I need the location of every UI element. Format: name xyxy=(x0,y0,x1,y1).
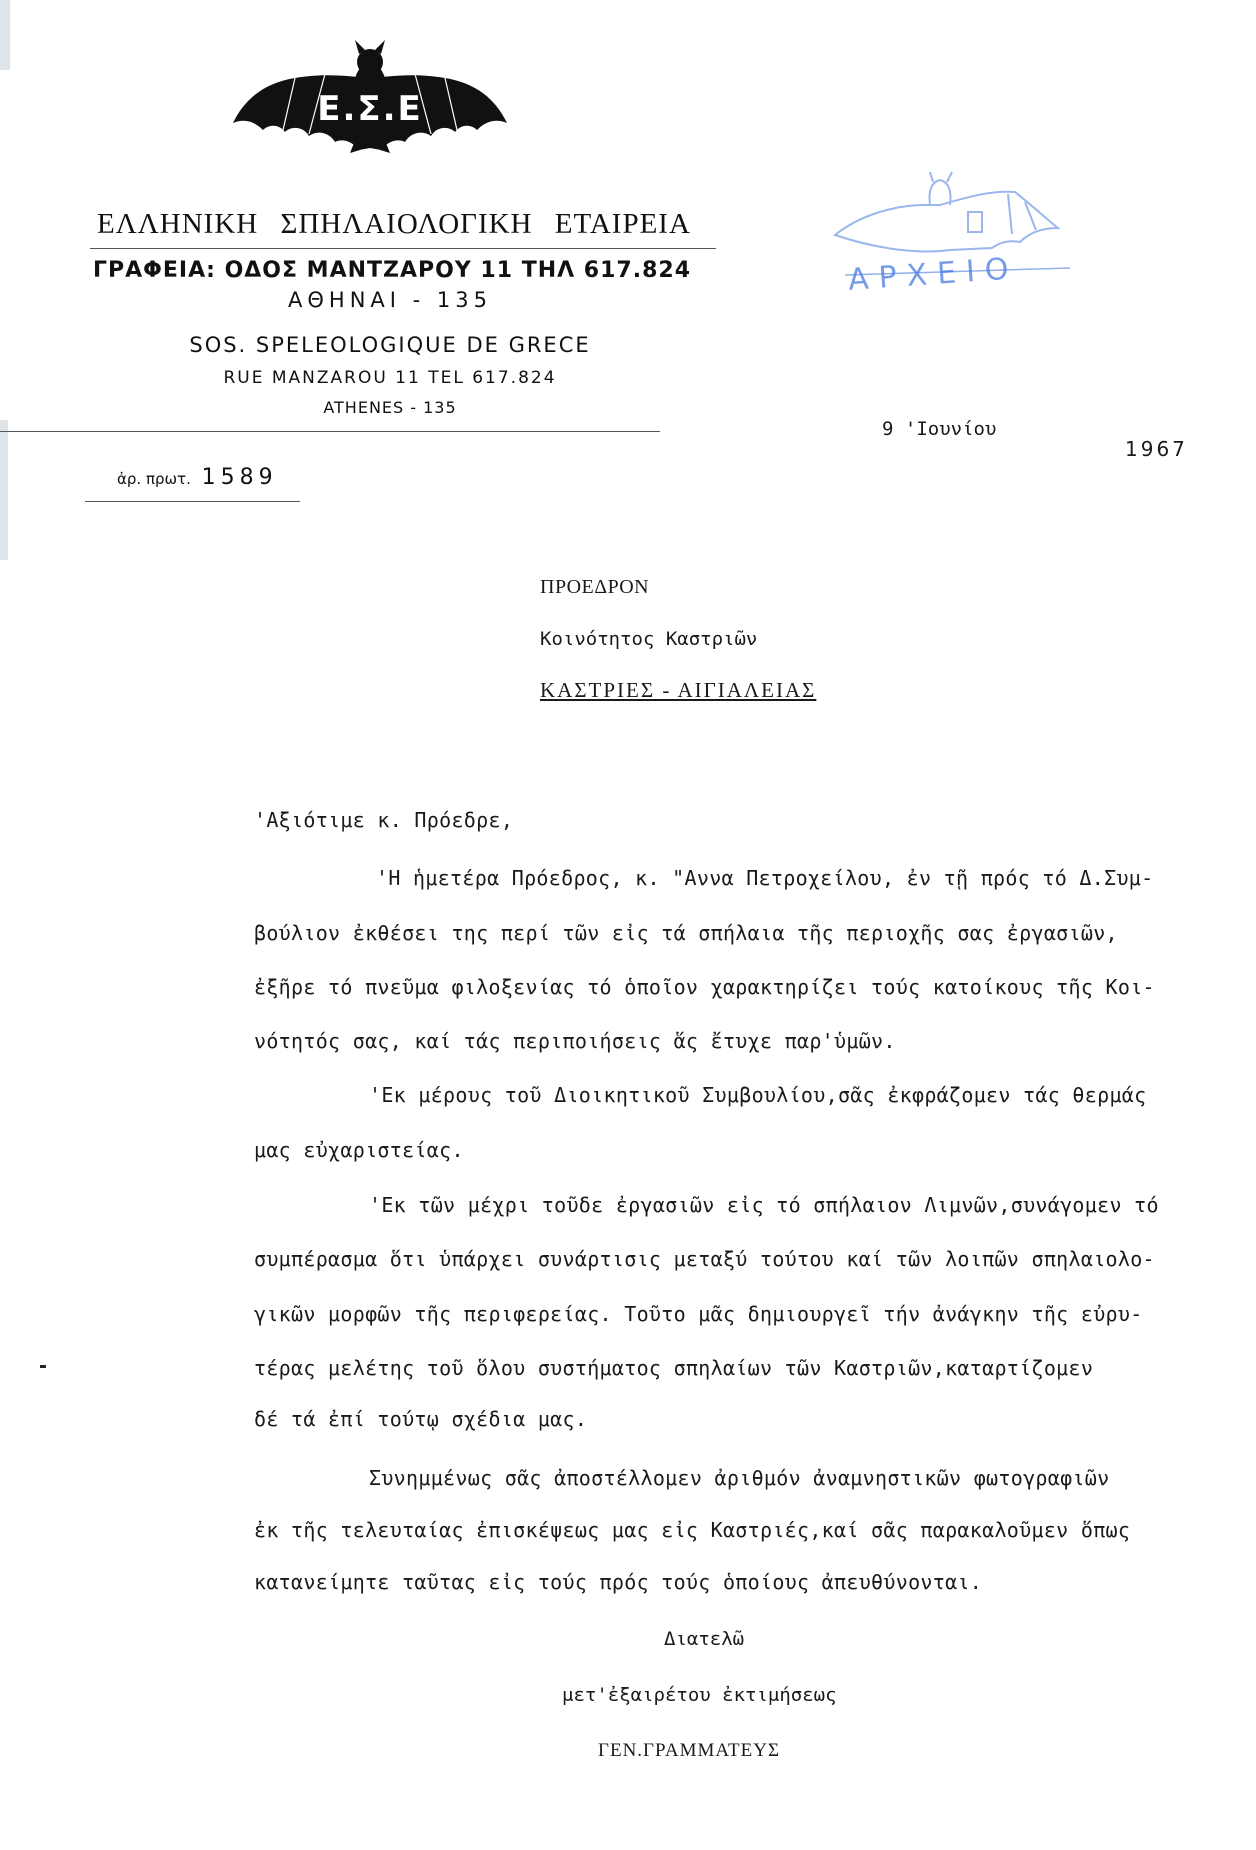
header-rule-1 xyxy=(90,248,716,249)
body-line: 'Εκ μέρους τοῦ Διοικητικοῦ Συμβουλίου,σᾶ… xyxy=(369,1083,1146,1107)
organization-name-french: SOS. SPELEOLOGIQUE DE GRECE xyxy=(90,333,690,357)
city-french: ATHENES - 135 xyxy=(90,398,690,417)
recipient-location: ΚΑΣΤΡΙΕΣ - ΑΙΓΙΑΛΕΙΑΣ xyxy=(540,678,816,703)
date-day-month: 9 'Ιουνίου xyxy=(882,418,996,440)
body-line: μας εὐχαριστείας. xyxy=(254,1138,464,1162)
body-line: ἐκ τῆς τελευταίας ἐπισκέψεως μας εἰς Κασ… xyxy=(254,1518,1130,1542)
recipient-community: Κοινότητος Καστριῶν xyxy=(540,628,757,650)
body-line: γικῶν μορφῶν τῆς περιφερείας. Τοῦτο μᾶς … xyxy=(254,1302,1143,1326)
body-line: συμπέρασμα ὅτι ὑπάρχει συνάρτισις μεταξύ… xyxy=(254,1247,1155,1271)
reference-label: ἀρ. πρωτ. xyxy=(117,470,191,488)
closing-line-2: μετ'ἐξαιρέτου ἐκτιμήσεως xyxy=(562,1684,837,1706)
body-line: δέ τά ἐπί τούτῳ σχέδια μας. xyxy=(254,1407,587,1431)
date-year: 1967 xyxy=(1125,437,1188,461)
body-line: τέρας μελέτης τοῦ ὅλου συστήματος σπηλαί… xyxy=(254,1356,1093,1380)
body-line: βούλιον ἐκθέσει της περί τῶν εἰς τά σπήλ… xyxy=(254,921,1118,945)
body-line: κατανείμητε ταῦτας εἰς τούς πρός τούς ὁπ… xyxy=(254,1570,982,1594)
reference-number: ἀρ. πρωτ. 1589 xyxy=(117,465,278,490)
recipient-title: ΠΡΟΕΔΡΟΝ xyxy=(540,576,649,599)
header-rule-2 xyxy=(0,431,660,432)
signature-title: ΓΕΝ.ΓΡΑΜΜΑΤΕΥΣ xyxy=(598,1740,780,1762)
organization-name-greek: ΕΛΛΗΝΙΚΗ ΣΠΗΛΑΙΟΛΟΓΙΚΗ ΕΤΑΙΡΕΙΑ xyxy=(97,208,717,241)
svg-text:Ε.Σ.Ε: Ε.Σ.Ε xyxy=(317,89,423,129)
body-line: ἐξῆρε τό πνεῦμα φιλοξενίας τό ὁποῖον χαρ… xyxy=(254,975,1155,999)
closing-line-1: Διατελῶ xyxy=(664,1628,744,1650)
address-greek: ΓΡΑΦΕΙΑ: ΟΔΟΣ ΜΑΝΤΖΑΡΟΥ 11 ΤΗΛ 617.824 xyxy=(93,258,713,283)
city-greek: ΑΘΗΝΑΙ - 135 xyxy=(90,288,690,312)
body-line: Συνημμένως σᾶς ἀποστέλλομεν ἀριθμόν ἀναμ… xyxy=(369,1466,1109,1490)
bat-logo-icon: Ε.Σ.Ε xyxy=(225,38,515,158)
reference-underline xyxy=(85,501,300,502)
salutation: 'Αξιότιμε κ. Πρόεδρε, xyxy=(254,808,513,832)
scan-edge-shadow-mid xyxy=(0,420,8,560)
stray-ink-mark xyxy=(40,1365,46,1368)
address-french: RUE MANZAROU 11 TEL 617.824 xyxy=(90,368,690,388)
body-line: 'Εκ τῶν μέχρι τοῦδε ἐργασιῶν εἰς τό σπήλ… xyxy=(369,1193,1159,1217)
body-line: 'Η ἡμετέρα Πρόεδρος, κ. "Αννα Πετροχείλο… xyxy=(376,866,1153,890)
scan-edge-shadow-top xyxy=(0,0,10,70)
reference-value: 1589 xyxy=(202,465,278,490)
body-line: νότητός σας, καί τάς περιποιήσεις ἅς ἔτυ… xyxy=(254,1029,896,1053)
